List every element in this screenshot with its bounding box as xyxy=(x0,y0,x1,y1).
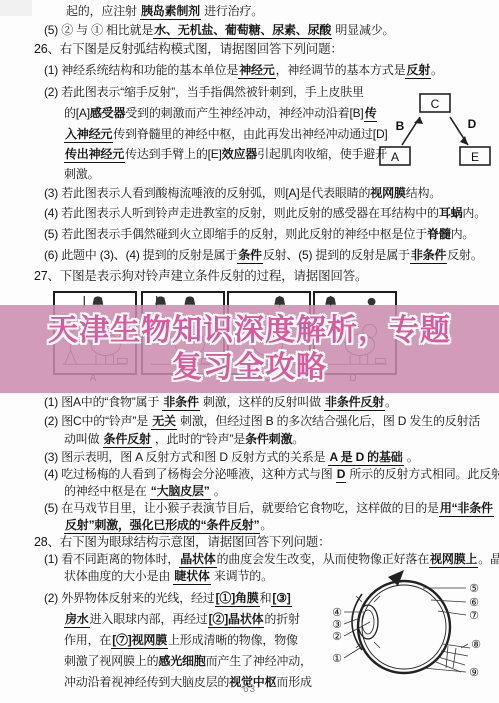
document-page: { "page_number": "63", "banner": { "titl… xyxy=(0,0,499,703)
text-line: 起的，应注射 胰岛素制剂 进行治疗。 xyxy=(66,4,263,19)
eye-label-5: ⑤ xyxy=(469,583,479,595)
text-line: (1) 神经系统结构和功能的基本单位是神经元，神经调节的基本方式是反射。 xyxy=(44,63,443,78)
eye-label-9: ⑨ xyxy=(469,667,479,679)
bell-icon xyxy=(93,296,104,304)
reflex-edge-b-label: B xyxy=(396,119,405,133)
text-line: (4) 若此图表示人听到铃声走进教室的反射，则此反射的感受器在耳结构中的耳蜗内。 xyxy=(44,206,486,221)
text-line: 的神经中枢是在 “大脑皮层” 。 xyxy=(64,484,226,499)
text-line: (5) 若此图表示手偶然碰到火立即缩手的反射，则此反射的神经中枢是位于脊髓内。 xyxy=(44,227,474,242)
bell-icon xyxy=(274,296,285,304)
bell-icon xyxy=(325,296,336,304)
text-line: 27、下图是表示狗对铃声建立条件反射的过程，请据图回答。 xyxy=(34,269,367,284)
text-line: 房水进入眼球内部，再经过[②]晶状体的折射 xyxy=(64,612,300,627)
text-line: 刺激。 xyxy=(64,167,99,182)
text-line: 动叫做 条件反射 ，此时的“铃声”是条件刺激。 xyxy=(64,432,304,447)
eye-label-4: ④ xyxy=(332,607,342,619)
page-number: 63 xyxy=(0,684,499,695)
bell-icon xyxy=(184,296,195,304)
reflex-node-a-label: A xyxy=(391,150,399,164)
banner-title-line1: 天津生物知识深度解析，专题 xyxy=(0,312,499,349)
eye-label-2: ② xyxy=(332,631,342,643)
scan-shadow xyxy=(0,0,32,16)
reflex-node-e-label: E xyxy=(471,150,479,164)
text-line: (5) 在马戏节目里，让小猴子表演节目后，就要给它食物吃，这样做的目的是用“非条… xyxy=(44,501,494,516)
text-line: 作用，在[⑦]视网膜上形成清晰的物像，物像 xyxy=(64,633,298,648)
text-line: (6) 此题中 (3)、(4) 提到的反射是属于条件反射、(5) 提到的反射是属… xyxy=(44,248,483,263)
text-line: (3) 若此图表示人看到酸梅流唾液的反射弧，则[A]是代表眼睛的视网膜结构。 xyxy=(44,186,441,201)
text-line: (2) 图C中的“铃声”是 无关 刺激，但经过图 B 的多次结合强化后，图 D … xyxy=(44,414,480,429)
eyeball-outline xyxy=(358,581,450,673)
text-line: (3) 图示表明，图 A 反射方式和图 D 反射方式的关系是 A 是 D 的基础… xyxy=(44,450,419,465)
text-line: 28、右下图为眼球结构示意图，请据图回答下列问题： xyxy=(34,535,330,550)
eye-label-1: ① xyxy=(332,653,342,665)
eye-label-7: ⑦ xyxy=(469,610,479,622)
promo-banner-overlay: 天津生物知识深度解析，专题 复习全攻略 xyxy=(0,305,499,393)
reflex-arc-diagram: C A E B D xyxy=(376,90,496,175)
text-line: (1) 图A中的“食物”属于 非条件 刺激，这样的反射叫做 非条件反射。 xyxy=(44,395,397,410)
text-line: 刺激了视网膜上的感光细胞而产生了神经冲动， xyxy=(64,654,312,669)
eye-structure-diagram: ⑤ ⑥ ⑦ ⑧ ⑨ ④ ③ ② ① xyxy=(328,556,499,688)
arrowhead-down-icon xyxy=(460,136,468,145)
text-line: 的[A]感受器受到的刺激而产生神经冲动，神经冲动沿着[B]传 xyxy=(64,106,377,121)
eye-label-3: ③ xyxy=(332,619,342,631)
text-line: 反射”刺激，强化已形成的“条件反射”。 xyxy=(64,518,272,533)
text-line: 状体曲度的大小是由 睫状体 来调节的。 xyxy=(64,569,273,584)
text-line: (5) ② 与 ① 相比就是水、无机盐、葡萄糖、尿素、尿酸 明显减少。 xyxy=(44,23,394,38)
reflex-node-c-label: C xyxy=(431,97,440,111)
eye-label-8: ⑧ xyxy=(471,639,481,651)
text-line: 入神经元传到脊髓里的神经中枢，由此再发出神经冲动通过[D] xyxy=(64,127,388,142)
banner-title-line2: 复习全攻略 xyxy=(0,349,499,386)
text-line: (2) 若此图表示“缩手反射”，当手指偶然被针刺到，手上皮肤里 xyxy=(44,85,364,100)
eye-label-6: ⑥ xyxy=(469,597,479,609)
text-line: (2) 外界物体反射来的光线，经过[①]角膜和[③] xyxy=(44,591,292,606)
reflex-edge-d-label: D xyxy=(468,117,477,131)
text-line: (4) 吃过杨梅的人看到了杨梅会分泌唾液，这种方式与图 D 所示的反射方式相同。… xyxy=(44,467,499,482)
text-line: 26、右下图是反射弧结构模式图，请据图回答下列问题： xyxy=(34,42,343,57)
text-line: 传出神经元传达到手臂上的[E]效应器引起肌肉收缩，使手避开 xyxy=(64,147,387,162)
